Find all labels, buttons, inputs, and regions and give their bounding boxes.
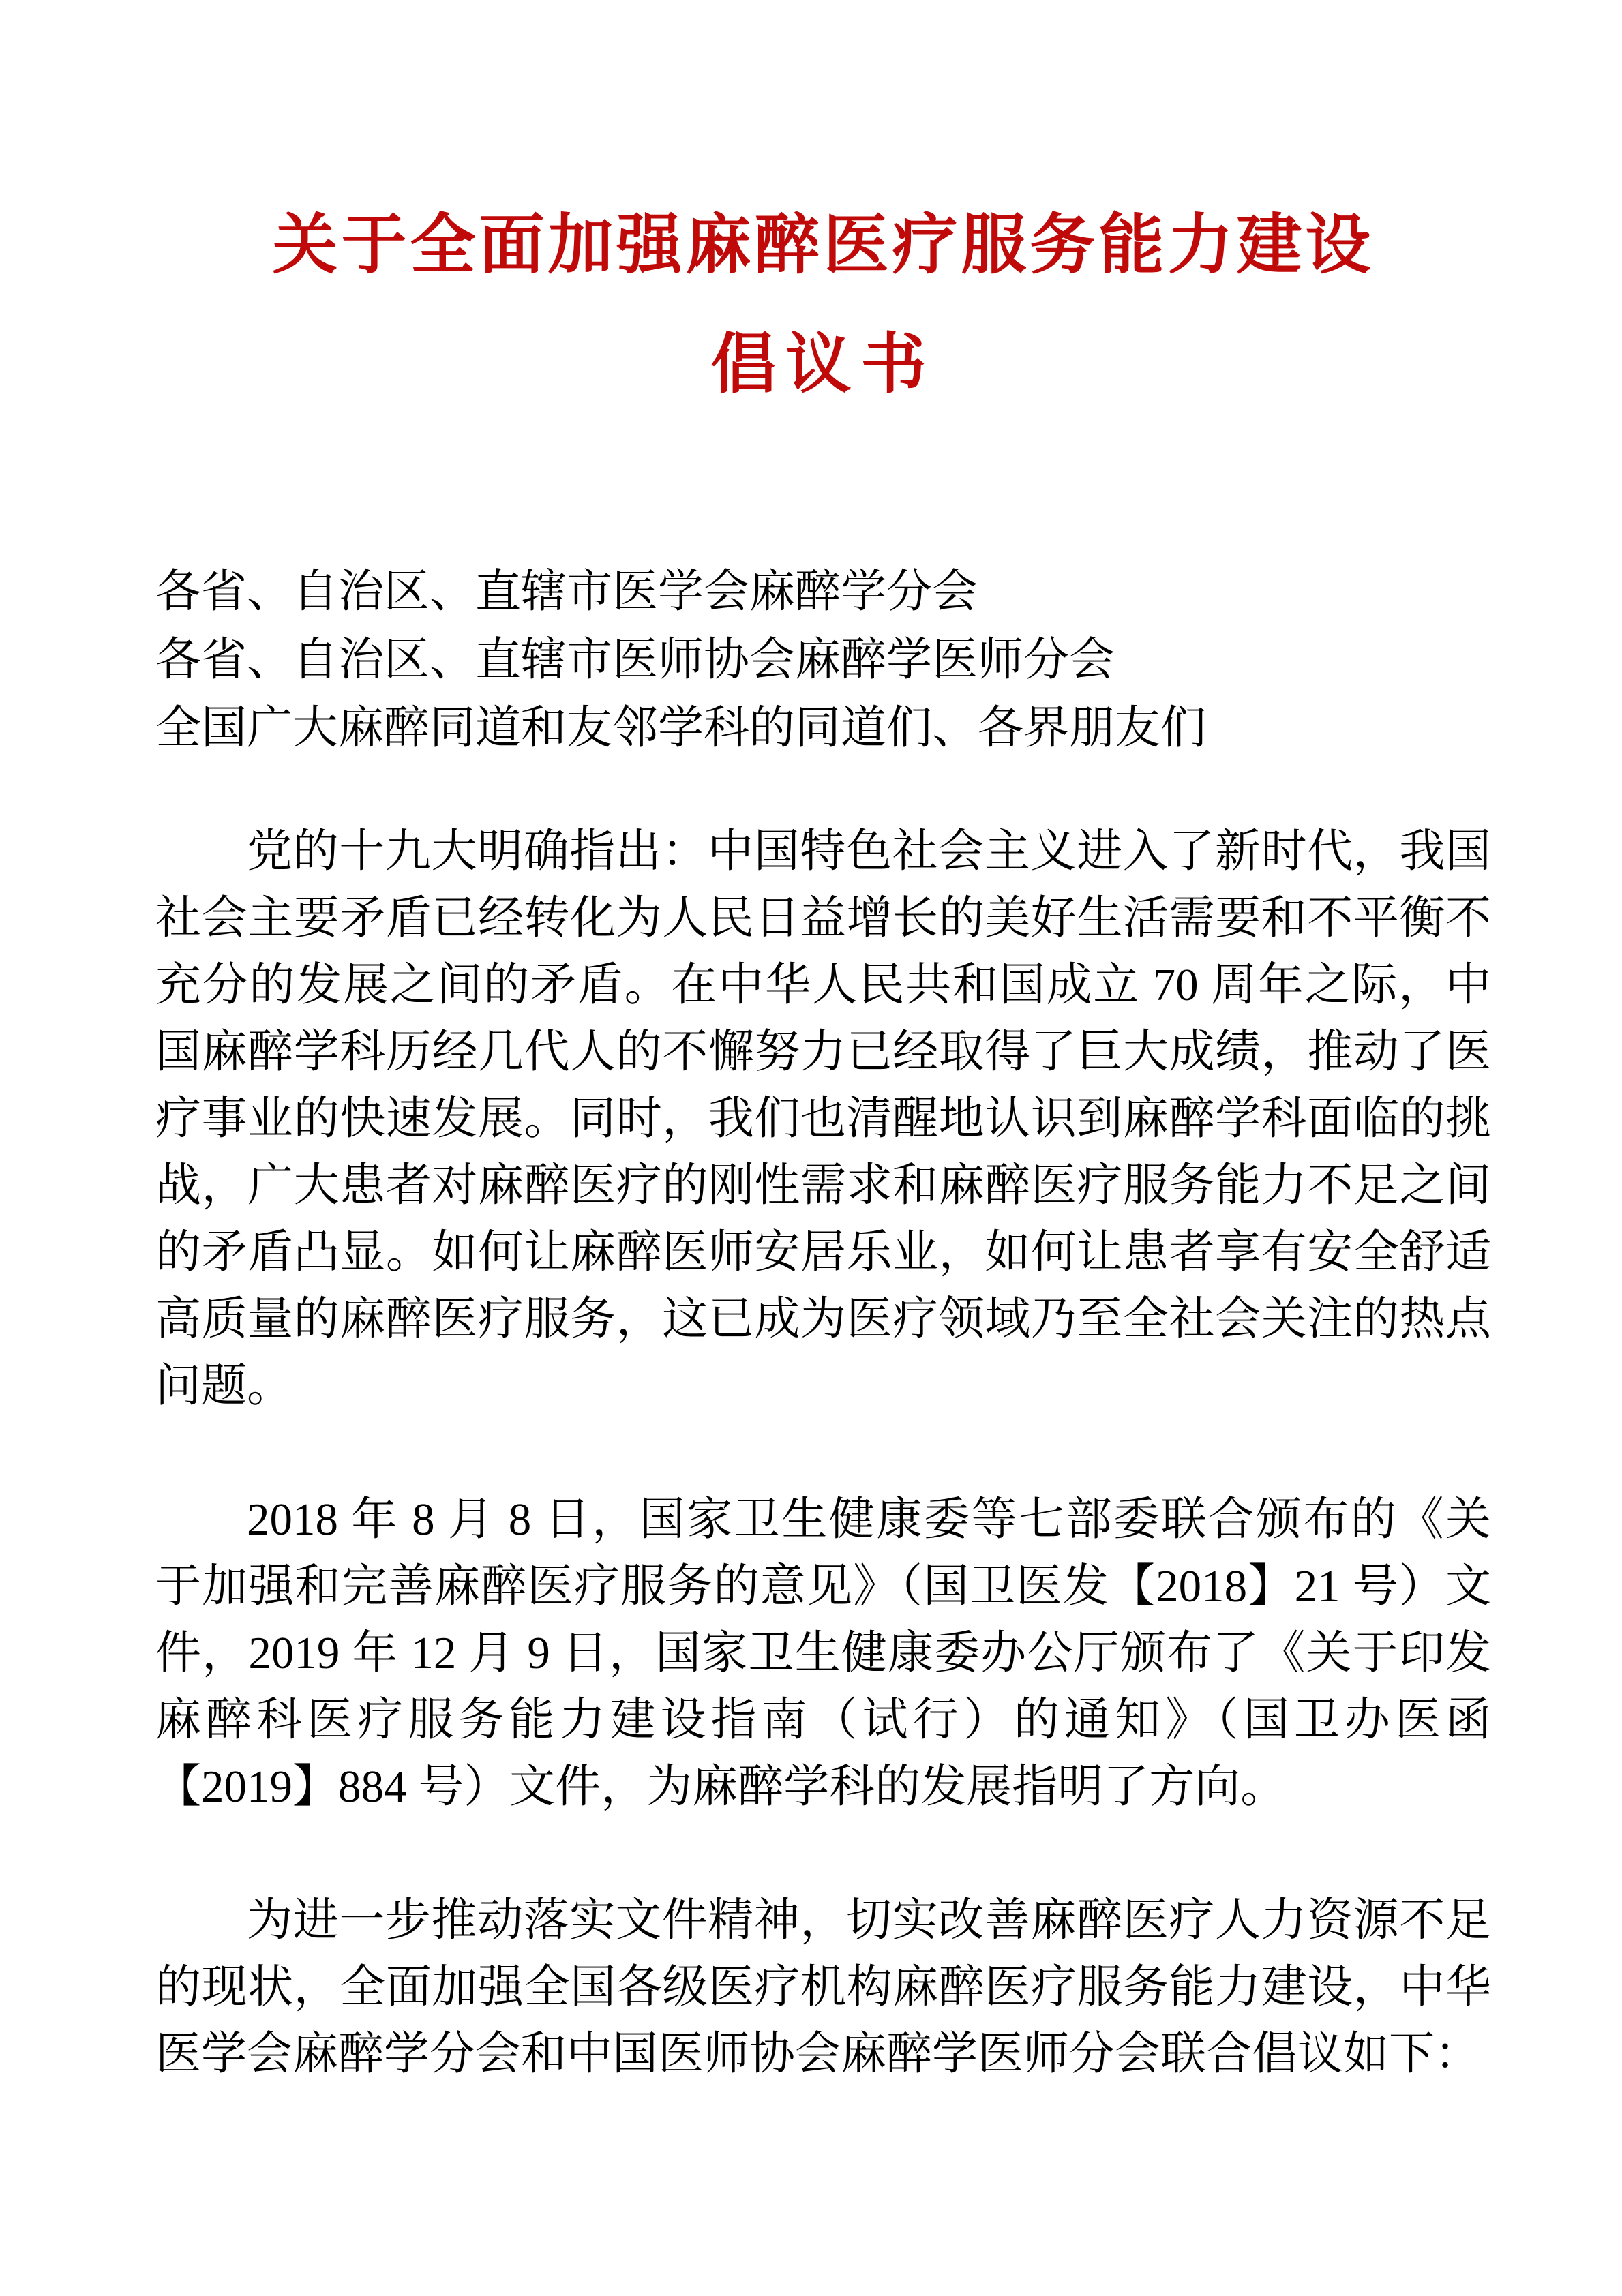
salutation-line-2: 各省、自治区、直辖市医师协会麻醉学医师分会 [155, 626, 1491, 694]
document-title: 关于全面加强麻醉医疗服务能力建设 倡议书 [155, 206, 1491, 404]
document-page: 关于全面加强麻醉医疗服务能力建设 倡议书 各省、自治区、直辖市医学会麻醉学分会 … [0, 0, 1622, 2296]
title-line-2: 倡议书 [155, 325, 1491, 404]
title-line-1: 关于全面加强麻醉医疗服务能力建设 [155, 206, 1491, 284]
salutation-line-1: 各省、自治区、直辖市医学会麻醉学分会 [155, 558, 1491, 626]
paragraph-2: 2018 年 8 月 8 日，国家卫生健康委等七部委联合颁布的《关于加强和完善麻… [155, 1486, 1491, 1820]
paragraph-3: 为进一步推动落实文件精神，切实改善麻醉医疗人力资源不足的现状，全面加强全国各级医… [155, 1887, 1491, 2087]
paragraph-1: 党的十九大明确指出：中国特色社会主义进入了新时代，我国社会主要矛盾已经转化为人民… [155, 818, 1491, 1419]
salutation-line-3: 全国广大麻醉同道和友邻学科的同道们、各界朋友们 [155, 694, 1491, 762]
salutation-block: 各省、自治区、直辖市医学会麻醉学分会 各省、自治区、直辖市医师协会麻醉学医师分会… [155, 558, 1491, 762]
